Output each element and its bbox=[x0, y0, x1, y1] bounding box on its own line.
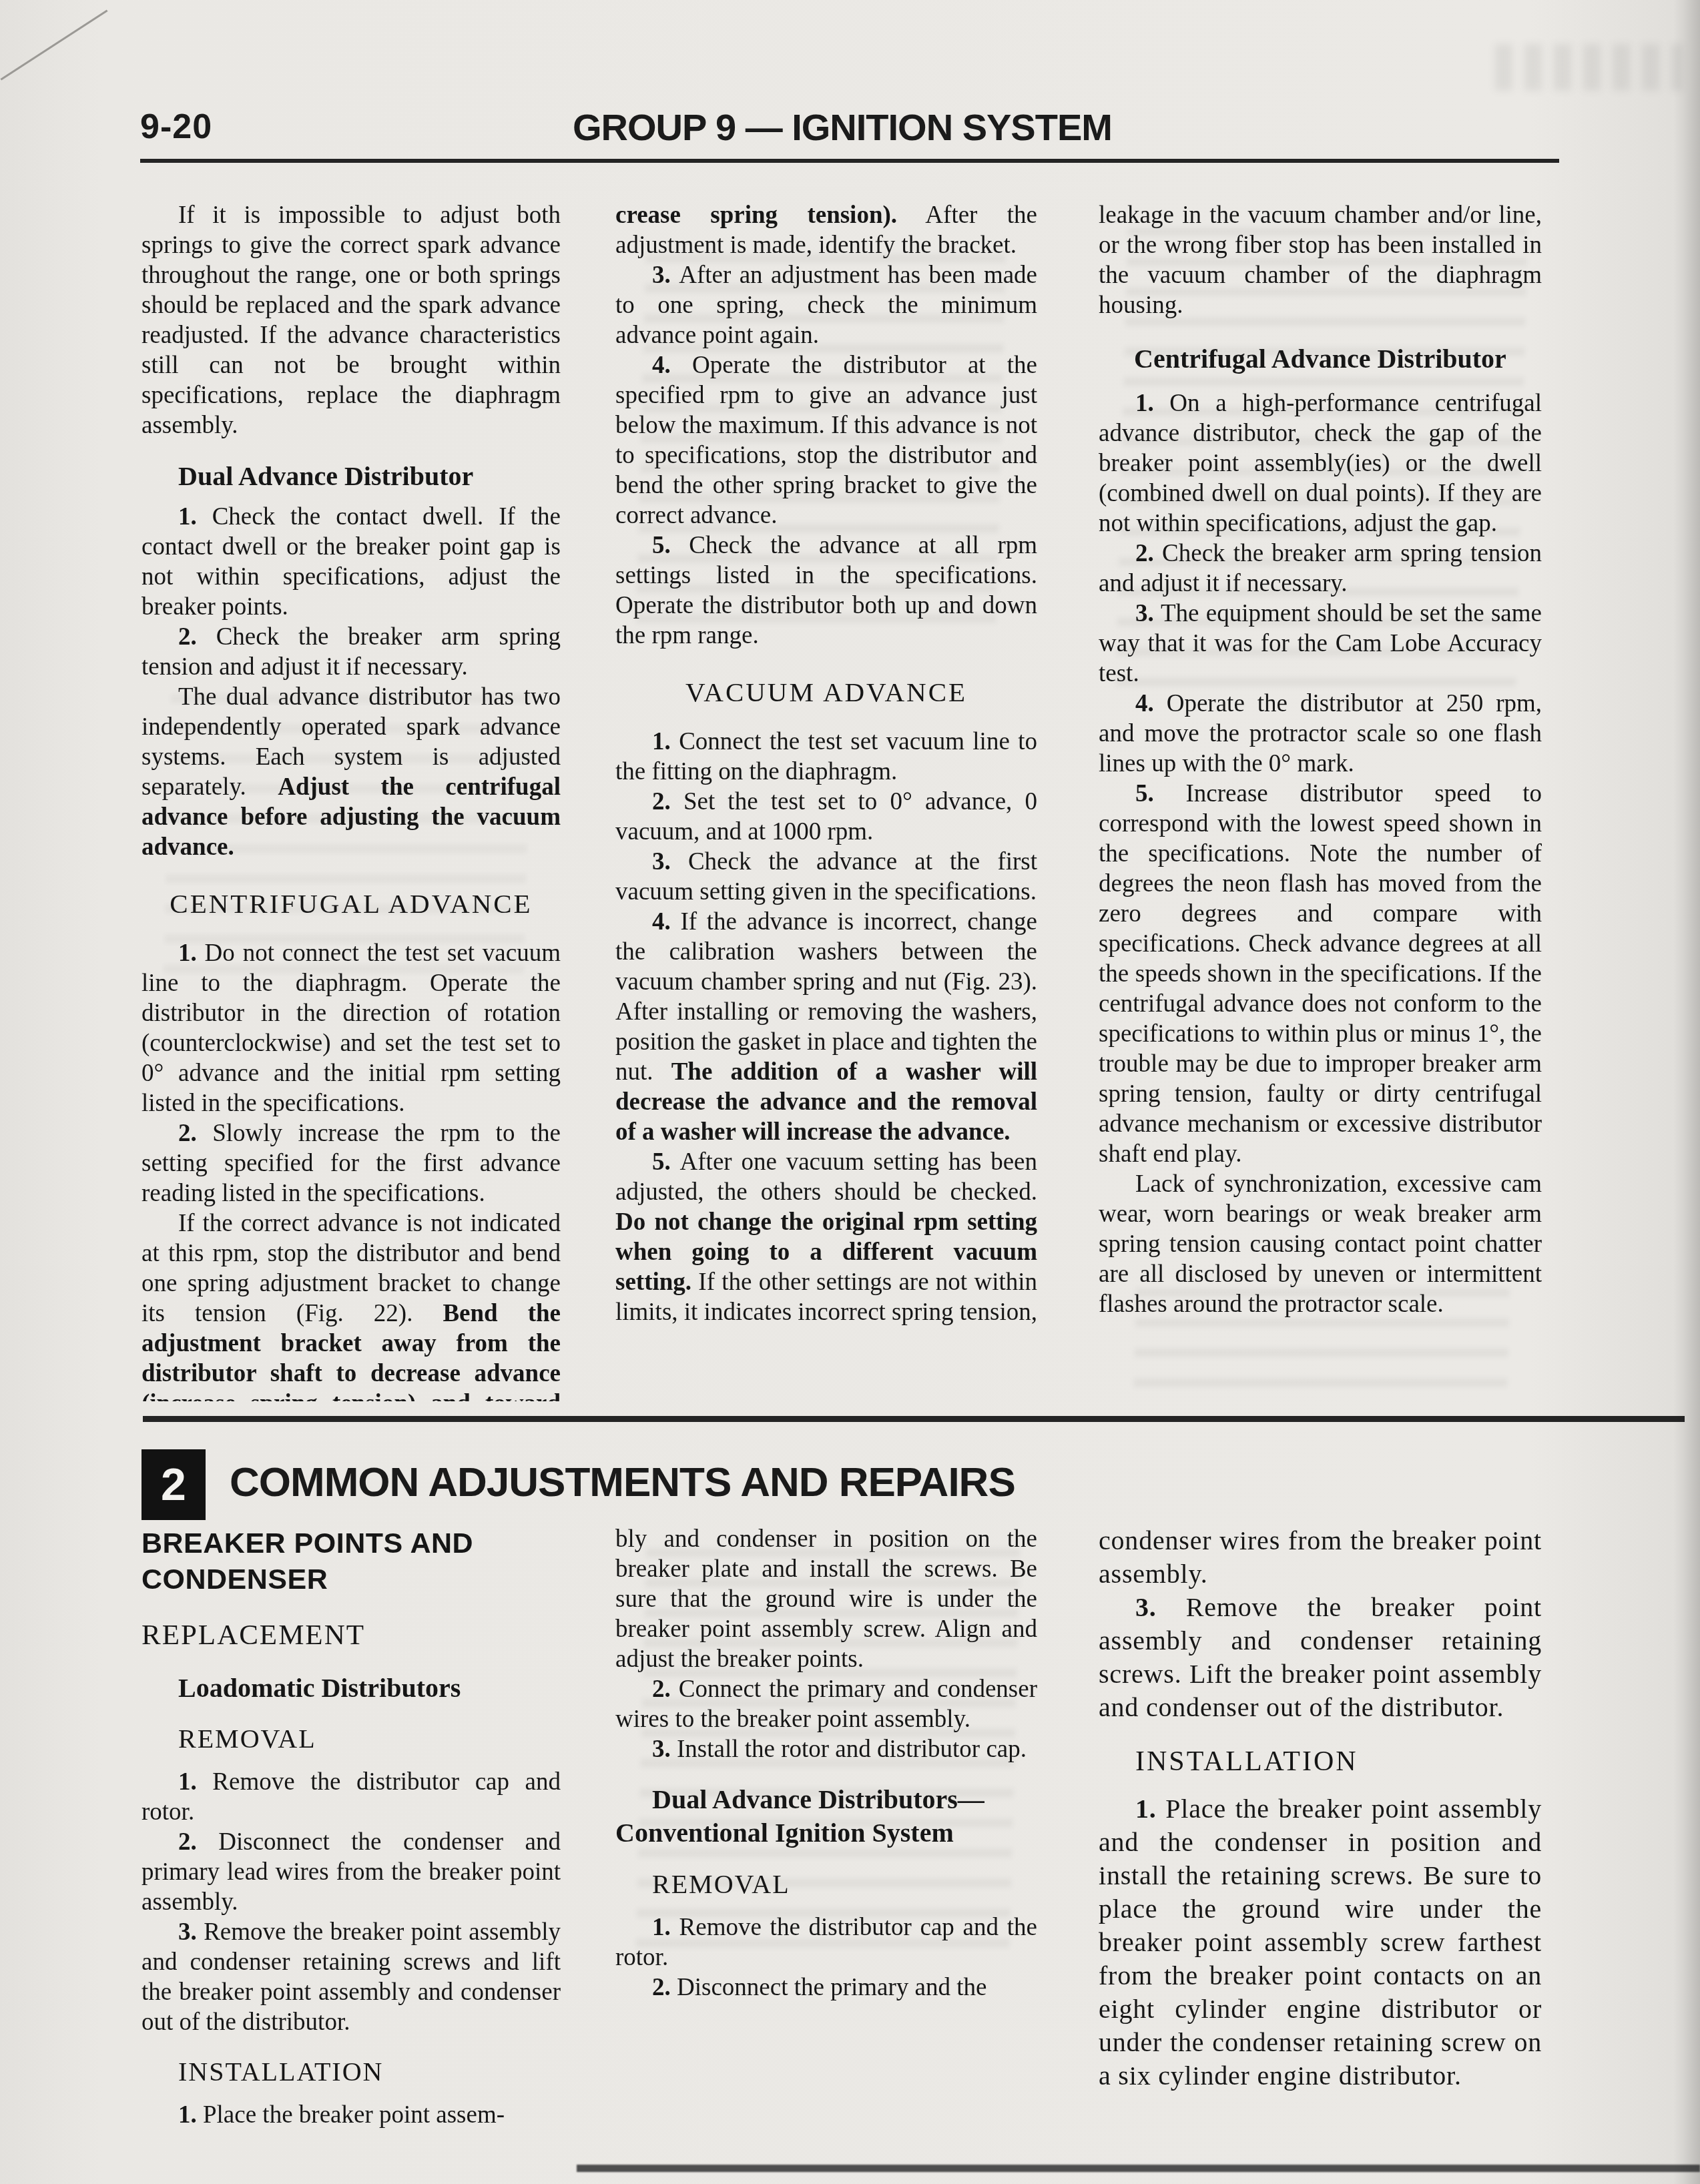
column-top-left: If it is impossible to adjust both sprin… bbox=[141, 200, 561, 1401]
paragraph: 4. Operate the distributor at 250 rpm, a… bbox=[1099, 689, 1542, 779]
paragraph: 3. The equipment should be set the same … bbox=[1099, 599, 1542, 689]
heading-loadomatic-distributors: Loadomatic Distributors bbox=[141, 1672, 561, 1704]
column-top-center: crease spring tension). After the adjust… bbox=[615, 200, 1037, 1401]
paragraph: leakage in the vacuum chamber and/or lin… bbox=[1099, 200, 1542, 320]
paragraph: 5. Increase distributor speed to corresp… bbox=[1099, 779, 1542, 1169]
heading-replacement: REPLACEMENT bbox=[141, 1619, 561, 1652]
column-bottom-right: condenser wires from the breaker point a… bbox=[1099, 1524, 1542, 2159]
paragraph: 2. Check the breaker arm spring tension … bbox=[141, 622, 561, 682]
paragraph: 4. Operate the distributor at the specif… bbox=[615, 350, 1037, 530]
paragraph: 3. Check the advance at the first vacuum… bbox=[615, 847, 1037, 907]
paragraph: condenser wires from the breaker point a… bbox=[1099, 1524, 1542, 1591]
paragraph: 2. Set the test set to 0° advance, 0 vac… bbox=[615, 787, 1037, 847]
paragraph: 4. If the advance is incorrect, change t… bbox=[615, 907, 1037, 1147]
section-title: COMMON ADJUSTMENTS AND REPAIRS bbox=[230, 1459, 1015, 1506]
paragraph: 3. After an adjustment has been made to … bbox=[615, 260, 1037, 350]
page-header-title: GROUP 9 — IGNITION SYSTEM bbox=[509, 105, 1176, 149]
paragraph: If the correct advance is not indicated … bbox=[141, 1208, 561, 1401]
scan-bottom-edge-artifact bbox=[577, 2165, 1700, 2172]
paragraph: 1. Connect the test set vacuum line to t… bbox=[615, 727, 1037, 787]
manual-page-scan: 9-20 GROUP 9 — IGNITION SYSTEM If it is … bbox=[0, 0, 1700, 2184]
heading-line: Dual Advance Distributors— bbox=[615, 1783, 1037, 1816]
header-rule bbox=[140, 159, 1559, 163]
paragraph: If it is impossible to adjust both sprin… bbox=[141, 200, 561, 440]
paragraph: 3. Install the rotor and distributor cap… bbox=[615, 1734, 1037, 1764]
paragraph: 1. On a high-performance centrifugal adv… bbox=[1099, 388, 1542, 538]
heading-installation: INSTALLATION bbox=[1099, 1746, 1542, 1778]
scan-corner-fold-artifact bbox=[1, 10, 108, 81]
heading-line: Conventional Ignition System bbox=[615, 1816, 1037, 1850]
paragraph: 1. Place the breaker point assembly and … bbox=[1099, 1792, 1542, 2093]
paragraph: 1. Place the breaker point assem- bbox=[141, 2100, 561, 2130]
heading-centrifugal-advance: CENTRIFUGAL ADVANCE bbox=[141, 887, 561, 920]
paragraph: 2. Check the breaker arm spring tension … bbox=[1099, 538, 1542, 599]
paragraph: Lack of synchronization, excessive cam w… bbox=[1099, 1169, 1542, 1319]
paragraph: 3. Remove the breaker point assembly and… bbox=[141, 1917, 561, 2037]
column-bottom-center: bly and condenser in position on the bre… bbox=[615, 1524, 1037, 2159]
paragraph: bly and condenser in position on the bre… bbox=[615, 1524, 1037, 1674]
paragraph: The dual advance distributor has two ind… bbox=[141, 682, 561, 862]
paragraph: 1. Do not connect the test set vacuum li… bbox=[141, 938, 561, 1118]
heading-removal: REMOVAL bbox=[615, 1868, 1037, 1900]
heading-dual-advance-distributor: Dual Advance Distributor bbox=[141, 460, 561, 492]
heading-dual-advance-distributors-conventional: Dual Advance Distributors— Conventional … bbox=[615, 1783, 1037, 1850]
heading-vacuum-advance: VACUUM ADVANCE bbox=[615, 676, 1037, 708]
column-top-right: leakage in the vacuum chamber and/or lin… bbox=[1099, 200, 1542, 1401]
scan-edge-shade bbox=[1673, 0, 1700, 2184]
scan-smudge-artifact bbox=[1495, 44, 1682, 91]
heading-breaker-points-and-condenser: BREAKER POINTS AND CONDENSER bbox=[141, 1525, 561, 1597]
paragraph: 2. Disconnect the condenser and primary … bbox=[141, 1827, 561, 1917]
paragraph: 5. Check the advance at all rpm settings… bbox=[615, 530, 1037, 651]
paragraph: 2. Connect the primary and condenser wir… bbox=[615, 1674, 1037, 1734]
paragraph: 2. Slowly increase the rpm to the settin… bbox=[141, 1118, 561, 1208]
section-divider-rule bbox=[143, 1416, 1685, 1422]
paragraph: 3. Remove the breaker point assembly and… bbox=[1099, 1591, 1542, 1724]
heading-centrifugal-advance-distributor: Centrifugal Advance Distributor bbox=[1099, 343, 1542, 375]
heading-installation: INSTALLATION bbox=[141, 2056, 561, 2088]
paragraph: 1. Remove the distributor cap and the ro… bbox=[615, 1912, 1037, 1972]
paragraph: 1. Remove the distributor cap and rotor. bbox=[141, 1767, 561, 1827]
section-number-badge: 2 bbox=[141, 1449, 206, 1520]
paragraph: 2. Disconnect the primary and the bbox=[615, 1972, 1037, 2003]
heading-removal: REMOVAL bbox=[141, 1723, 561, 1755]
page-number: 9-20 bbox=[140, 107, 212, 147]
paragraph: crease spring tension). After the adjust… bbox=[615, 200, 1037, 260]
column-bottom-left: BREAKER POINTS AND CONDENSER REPLACEMENT… bbox=[141, 1524, 561, 2159]
paragraph: 1. Check the contact dwell. If the conta… bbox=[141, 502, 561, 622]
paragraph: 5. After one vacuum setting has been adj… bbox=[615, 1147, 1037, 1327]
